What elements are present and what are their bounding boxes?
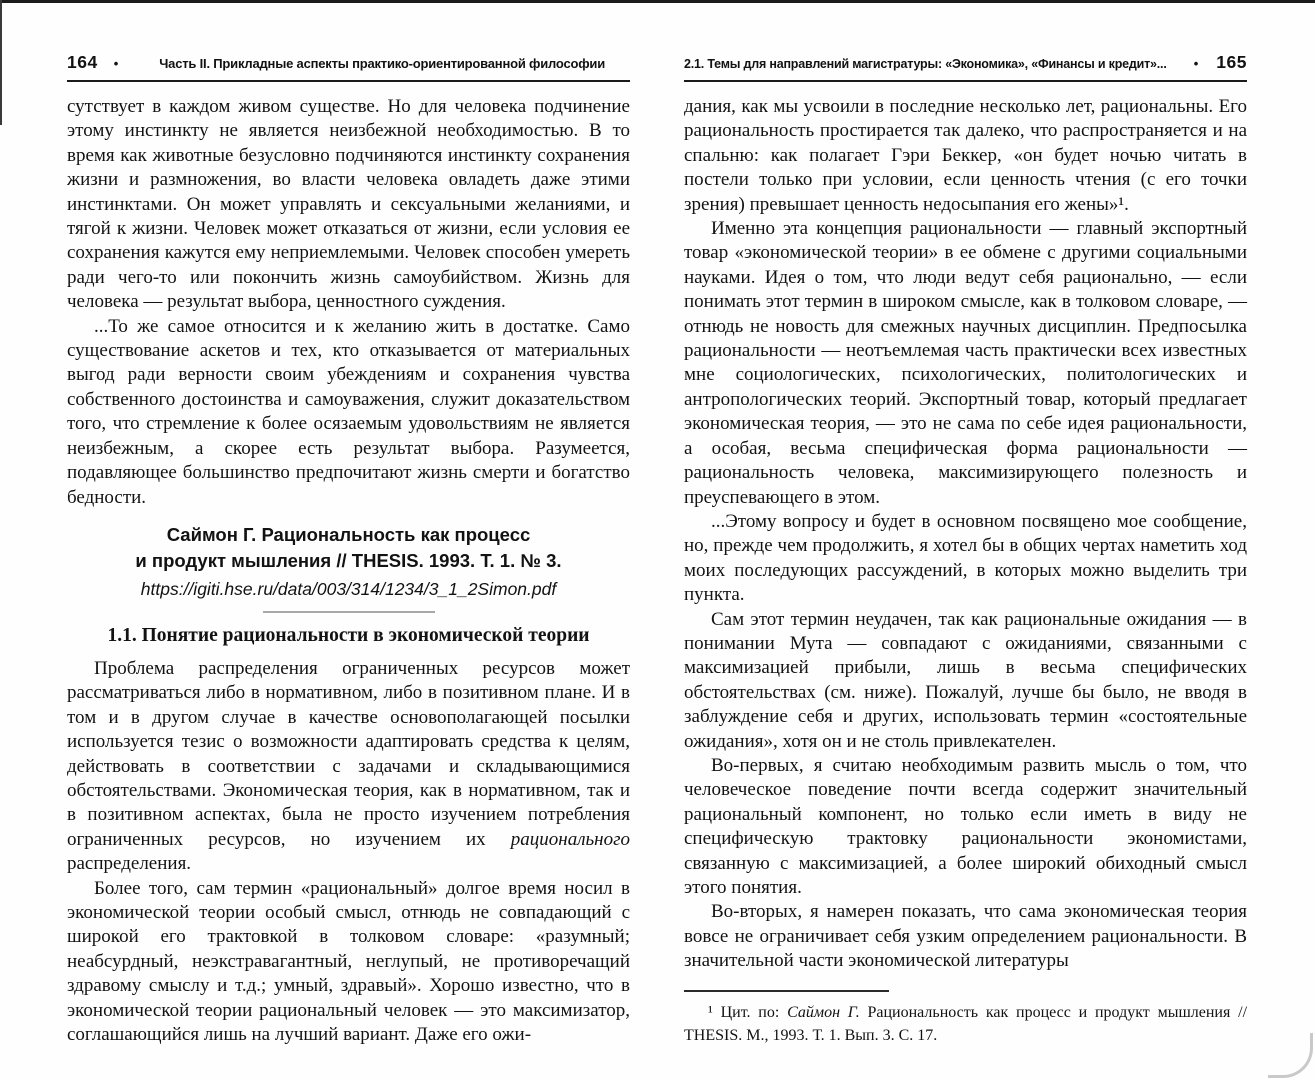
- scan-corner-bottom-right: [1268, 1033, 1313, 1078]
- left-running-head: 164 • Часть II. Прикладные аспекты практ…: [67, 52, 630, 82]
- paragraph: ...То же самое относится и к желанию жит…: [67, 315, 630, 510]
- citation-title-line2: и продукт мышления // THESIS. 1993. Т. 1…: [67, 548, 630, 574]
- citation-title: Саймон Г. Рациональность как процесс и п…: [67, 522, 630, 574]
- right-page: 2.1. Темы для направлений магистратуры: …: [684, 52, 1247, 1047]
- right-page-number: 165: [1216, 52, 1247, 73]
- book-spread-scan: 164 • Часть II. Прикладные аспекты практ…: [0, 0, 1315, 1080]
- paragraph: сутствует в каждом живом существе. Но дл…: [67, 95, 630, 315]
- scan-edge-top: [0, 0, 1315, 3]
- left-header-title: Часть II. Прикладные аспекты практико-ор…: [134, 56, 630, 71]
- right-running-head: 2.1. Темы для направлений магистратуры: …: [684, 52, 1247, 82]
- paragraph: Именно эта концепция рациональности — гл…: [684, 217, 1247, 510]
- footnote-text: ¹ Цит. по: Саймон Г. Рациональность как …: [684, 1001, 1247, 1047]
- citation-url: https://igiti.hse.ru/data/003/314/1234/3…: [67, 576, 630, 602]
- section-heading: 1.1. Понятие рациональности в экономичес…: [67, 623, 630, 648]
- paragraph: дания, как мы усвоили в последние нескол…: [684, 95, 1247, 217]
- footnote-block: ¹ Цит. по: Саймон Г. Рациональность как …: [684, 990, 1247, 1047]
- left-header-dot: •: [114, 56, 119, 71]
- paragraph: ...Этому вопросу и будет в основном посв…: [684, 510, 1247, 608]
- left-page-number: 164: [67, 52, 98, 73]
- right-header-title: 2.1. Темы для направлений магистратуры: …: [684, 57, 1186, 71]
- scan-edge-left: [0, 0, 2, 125]
- paragraph: Проблема распределения ограниченных ресу…: [67, 657, 630, 877]
- right-page-body: дания, как мы усвоили в последние нескол…: [684, 95, 1247, 974]
- section-divider: [263, 611, 435, 613]
- paragraph: Во-первых, я считаю необходимым развить …: [684, 754, 1247, 900]
- citation-title-line1: Саймон Г. Рациональность как процесс: [67, 522, 630, 548]
- paragraph: Во-вторых, я намерен показать, что сама …: [684, 900, 1247, 973]
- right-header-dot: •: [1194, 56, 1199, 71]
- left-page: 164 • Часть II. Прикладные аспекты практ…: [67, 52, 630, 1047]
- footnote-rule: [684, 990, 889, 992]
- paragraph: Сам этот термин неудачен, так как рацион…: [684, 608, 1247, 754]
- left-page-body: сутствует в каждом живом существе. Но дл…: [67, 95, 630, 1047]
- paragraph: Более того, сам термин «рациональный» до…: [67, 877, 630, 1048]
